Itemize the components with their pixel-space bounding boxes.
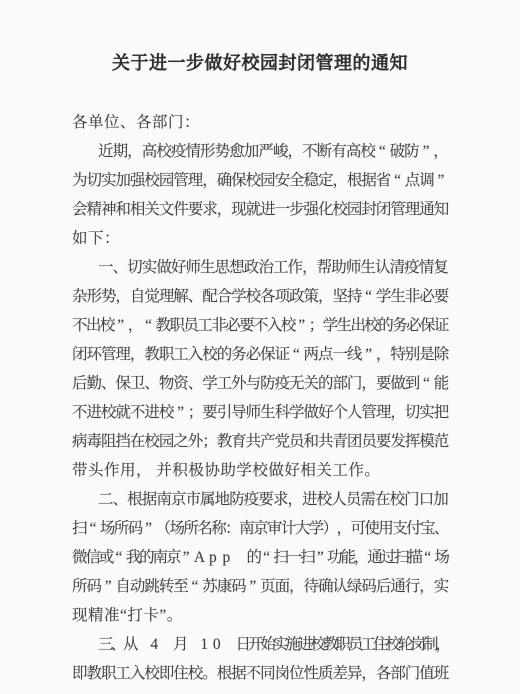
doc-line: 不出校”，“教职员工非必要不入校”；学生出校的务必保证 bbox=[72, 311, 448, 340]
doc-line: 病毒阻挡在校园之外；教育共产党员和共青团员要发挥模范 bbox=[72, 427, 448, 456]
doc-line: 杂形势，自觉理解、配合学校各项政策，坚持“学生非必要 bbox=[72, 282, 448, 311]
doc-line: 近期，高校疫情形势愈加严峻，不断有高校“破防”， bbox=[72, 137, 448, 166]
doc-line: 闭环管理，教职工入校的务必保证“两点一线”，特别是除 bbox=[72, 340, 448, 369]
document-title: 关于进一步做好校园封闭管理的通知 bbox=[72, 50, 448, 76]
doc-line: 会精神和相关文件要求，现就进一步强化校园封闭管理通知 bbox=[72, 195, 448, 224]
doc-line: 现精准“打卡”。 bbox=[72, 601, 448, 630]
salutation-line: 各单位、各部门： bbox=[72, 108, 448, 137]
doc-line: 后勤、保卫、物资、学工外与防疫无关的部门，要做到“能 bbox=[72, 369, 448, 398]
doc-line: 为切实加强校园管理，确保校园安全稳定，根据省“点调” bbox=[72, 166, 448, 195]
doc-line: 带头作用， 并积极协助学校做好相关工作。 bbox=[72, 456, 448, 485]
doc-line: 二、根据南京市属地防疫要求，进校人员需在校门口加 bbox=[72, 485, 448, 514]
doc-line: 扫“场所码”（场所名称：南京审计大学），可使用支付宝、 bbox=[72, 514, 448, 543]
doc-line: 三、从 4 月 10 日开始实施进校教职员工住校轮岗制， bbox=[72, 630, 448, 659]
doc-line: 即教职工入校即住校。根据不同岗位性质差异，各部门值班 bbox=[72, 659, 448, 688]
doc-line: 不进校就不进校”；要引导师生科学做好个人管理，切实把 bbox=[72, 398, 448, 427]
document-page: 关于进一步做好校园封闭管理的通知 各单位、各部门： 近期，高校疫情形势愈加严峻，… bbox=[0, 50, 520, 688]
doc-line: 所码”自动跳转至“苏康码”页面，待确认绿码后通行，实 bbox=[72, 572, 448, 601]
document-body: 各单位、各部门： 近期，高校疫情形势愈加严峻，不断有高校“破防”， 为切实加强校… bbox=[72, 108, 448, 688]
doc-line: 一、切实做好师生思想政治工作，帮助师生认清疫情复 bbox=[72, 253, 448, 282]
doc-line: 如下： bbox=[72, 224, 448, 253]
doc-line: 微信或“我的南京”App 的“扫一扫”功能，通过扫描“场 bbox=[72, 543, 448, 572]
